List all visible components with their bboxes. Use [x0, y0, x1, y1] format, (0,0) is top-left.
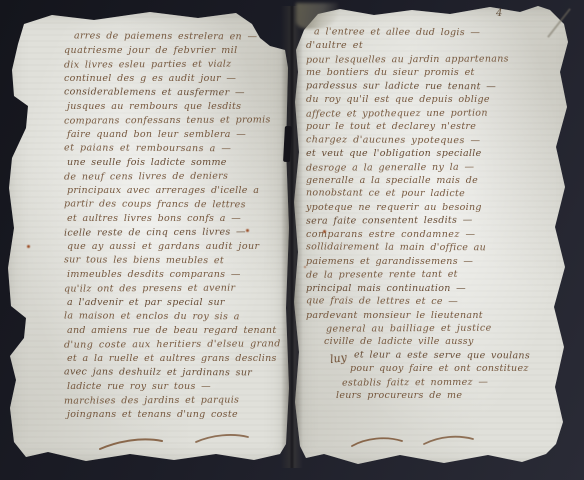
manuscript-line: principal mais continuation —	[306, 282, 560, 295]
manuscript-line: continuel des g es audit jour —	[64, 72, 288, 86]
manuscript-line: me bontiers du sieur promis et	[306, 66, 560, 79]
manuscript-line: affecte et ypothequez une portion	[306, 106, 560, 121]
manuscript-line: de la presente rente tant et	[306, 267, 560, 282]
manuscript-line: arres de paiemens estrelera en —	[74, 29, 288, 44]
manuscript-line: ladicte rue roy sur tous —	[67, 380, 288, 394]
manuscript-line: generalle a la specialle mais de	[306, 174, 560, 187]
manuscript-line: icelle reste de cinq cens livres —	[64, 225, 288, 240]
manuscript-line: joingnans et tenans d'ung coste	[67, 408, 288, 422]
manuscript-line: jusques au rembours que lesdits	[67, 100, 288, 114]
manuscript-line: d'aultre et	[306, 39, 560, 52]
manuscript-line: sollidairement la main d'office au	[306, 241, 560, 256]
manuscript-line: principaux avec arrerages d'icelle a	[67, 184, 288, 198]
manuscript-line: and amiens rue de beau regard tenant	[67, 324, 288, 338]
manuscript-line: et leur a este serve que voulans	[354, 348, 560, 363]
manuscript-line: a l'advenir et par special sur	[67, 296, 288, 310]
page-number: 4	[496, 8, 502, 19]
manuscript-line: marchises des jardins et parquis	[64, 393, 288, 408]
manuscript-line: pardevant monsieur le lieutenant	[306, 309, 560, 322]
manuscript-line: comparans confessans tenus et promis	[64, 113, 288, 128]
manuscript-line: ypoteque ne requerir au besoing	[306, 201, 560, 214]
manuscript-line: et a la ruelle et aultres grans desclins	[67, 352, 288, 366]
manuscript-line: et aultres livres bons confs a —	[67, 212, 288, 226]
manuscript-line: civille de ladicte ville aussy	[324, 335, 560, 348]
manuscript-line: du roy qu'il est que depuis oblige	[306, 93, 560, 106]
manuscript-line: general au bailliage et justice	[326, 321, 560, 336]
manuscript-line: considerablemens et ausfermer —	[64, 85, 288, 100]
manuscript-scan: arres de paiemens estrelera en —quatries…	[0, 0, 584, 480]
manuscript-line: la maison et enclos du roy sis a	[64, 309, 288, 324]
manuscript-line: a l'entree et allee dud logis —	[314, 25, 560, 40]
manuscript-line: d'ung coste aux heritiers d'elseu grand	[64, 337, 288, 352]
manuscript-line: comparans estre condamnez —	[306, 228, 560, 241]
fox-spot	[27, 245, 30, 248]
manuscript-line: pour le tout et declarey n'estre	[306, 120, 560, 133]
manuscript-line: et paians et remboursans a —	[64, 141, 288, 156]
manuscript-line: quatriesme jour de febvrier mil	[64, 44, 288, 58]
manuscript-line: chargez d'aucunes ypoteques —	[306, 133, 560, 148]
manuscript-line: que frais de lettres et ce —	[306, 294, 560, 309]
fox-spot	[246, 229, 249, 232]
manuscript-line: dix livres esleu parties et vialz	[64, 57, 288, 72]
manuscript-line: pardessus sur ladicte rue tenant —	[306, 79, 560, 94]
manuscript-line: et veut que l'obligation specialle	[306, 147, 560, 160]
manuscript-line: que ay aussi et gardans audit jour	[67, 240, 288, 254]
fox-spot	[323, 230, 326, 233]
manuscript-line: immeubles desdits comparans —	[67, 268, 288, 282]
manuscript-line: une seulle fois ladicte somme	[67, 156, 288, 170]
manuscript-line: establis faitz et nommez —	[342, 375, 560, 390]
manuscript-line: avec jans deshuilz et jardinans sur	[64, 365, 288, 380]
right-page-text: a l'entree et allee dud logis —d'aultre …	[306, 26, 560, 403]
manuscript-line: pour quoy faire et ont constituez	[350, 362, 560, 375]
margin-note: luy	[329, 351, 347, 366]
manuscript-line: paiemens et garandissemens —	[306, 255, 560, 268]
manuscript-line: pour lesquelles au jardin appartenans	[306, 52, 560, 67]
manuscript-line: sera faite consentent lesdits —	[306, 214, 560, 229]
manuscript-line: nonobstant ce et pour ladicte	[306, 187, 560, 202]
manuscript-line: sur tous les biens meubles et	[64, 253, 288, 268]
manuscript-line: de neuf cens livres de deniers	[64, 169, 288, 184]
manuscript-line: desroge a la generalle ny la —	[306, 160, 560, 175]
manuscript-line: leurs procureurs de me	[336, 389, 560, 402]
fox-spot	[304, 266, 306, 268]
manuscript-line: qu'ilz ont des presens et avenir	[64, 281, 288, 296]
manuscript-line: partir des coups francs de lettres	[64, 197, 288, 212]
manuscript-line: faire quand bon leur semblera —	[67, 128, 288, 142]
left-page-text: arres de paiemens estrelera en —quatries…	[64, 30, 288, 422]
